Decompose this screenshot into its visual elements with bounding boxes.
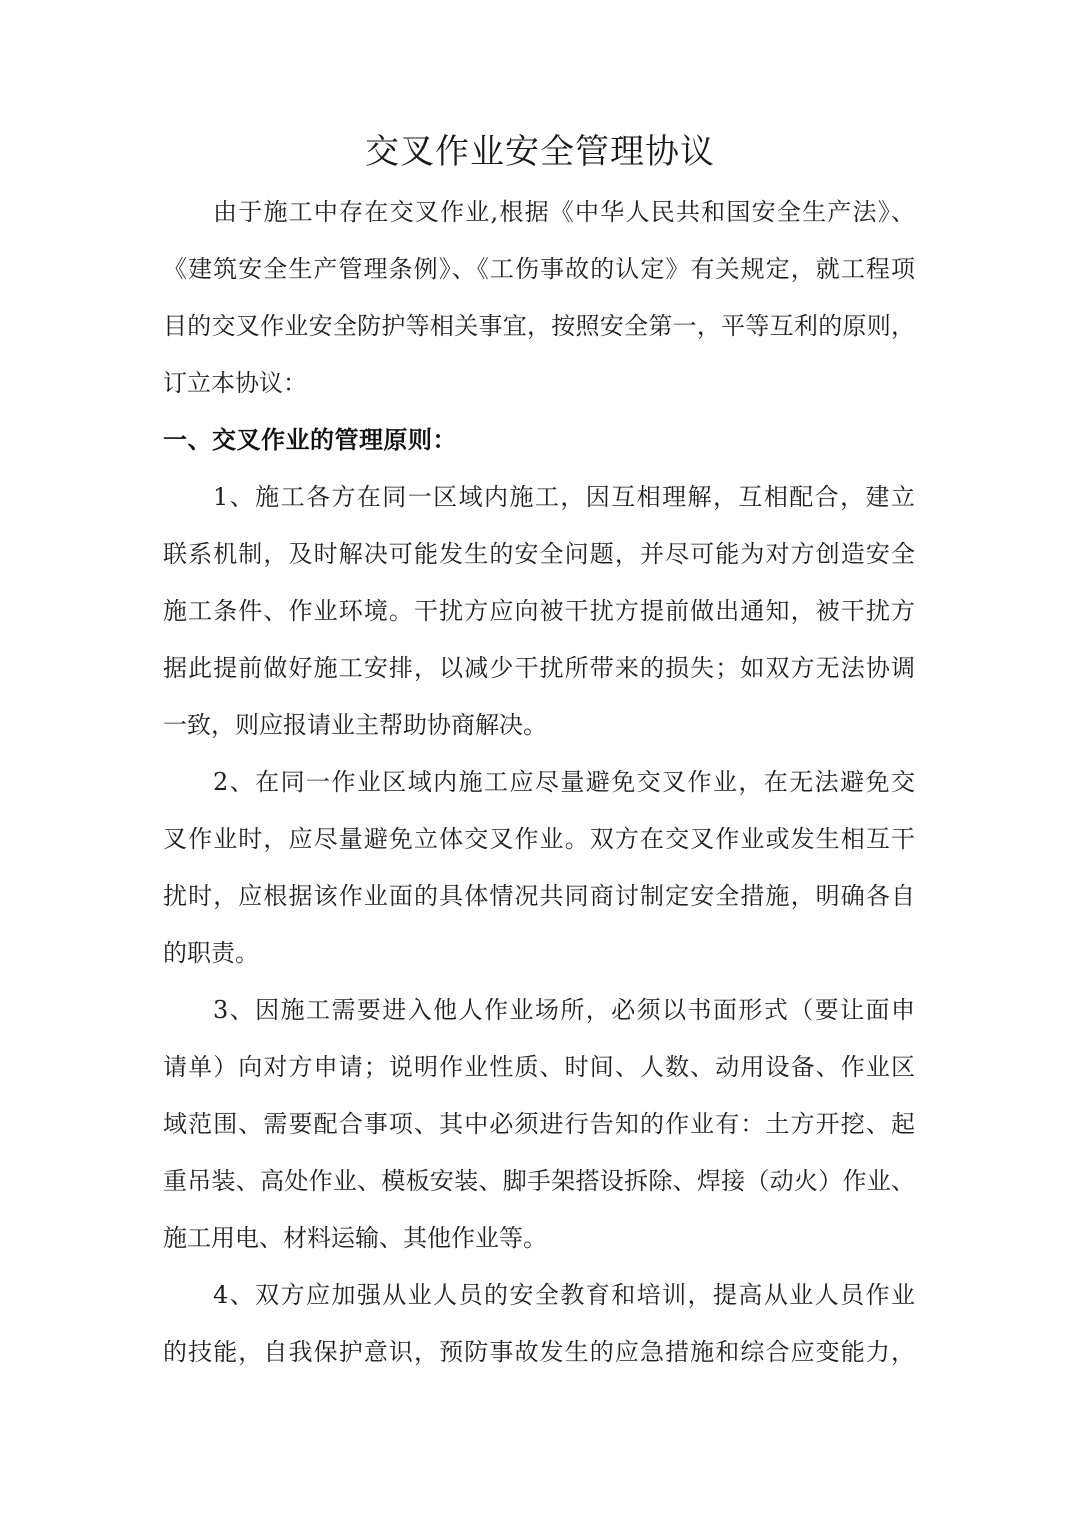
- text-line: 联系机制，及时解决可能发生的安全问题，并尽可能为对方创造安全: [163, 526, 915, 583]
- text-line: 请单）向对方申请；说明作业性质、时间、人数、动用设备、作业区: [163, 1039, 915, 1096]
- text-line: 的职责。: [163, 925, 915, 982]
- text-line: 3、因施工需要进入他人作业场所，必须以书面形式（要让面申: [163, 982, 915, 1039]
- text-line: 扰时，应根据该作业面的具体情况共同商讨制定安全措施，明确各自: [163, 868, 915, 925]
- text-line: 施工条件、作业环境。干扰方应向被干扰方提前做出通知，被干扰方: [163, 583, 915, 640]
- text-line: 2、在同一作业区域内施工应尽量避免交叉作业，在无法避免交: [163, 754, 915, 811]
- text-line: 的技能，自我保护意识，预防事故发生的应急措施和综合应变能力，: [163, 1324, 915, 1381]
- text-line: 订立本协议：: [163, 355, 915, 412]
- document-title: 交叉作业安全管理协议: [0, 130, 1080, 174]
- text-line: 一致，则应报请业主帮助协商解决。: [163, 697, 915, 754]
- document-page: 交叉作业安全管理协议 由于施工中存在交叉作业,根据《中华人民共和国安全生产法》、…: [0, 0, 1080, 1526]
- text-line: 域范围、需要配合事项、其中必须进行告知的作业有：土方开挖、起: [163, 1096, 915, 1153]
- text-line: 重吊装、高处作业、模板安装、脚手架搭设拆除、焊接（动火）作业、: [163, 1153, 915, 1210]
- text-line: 施工用电、材料运输、其他作业等。: [163, 1210, 915, 1267]
- text-line: 4、双方应加强从业人员的安全教育和培训，提高从业人员作业: [163, 1267, 915, 1324]
- section-heading: 一、交叉作业的管理原则：: [163, 412, 915, 469]
- text-line: 由于施工中存在交叉作业,根据《中华人民共和国安全生产法》、: [163, 184, 915, 241]
- document-content: 由于施工中存在交叉作业,根据《中华人民共和国安全生产法》、《建筑安全生产管理条例…: [163, 184, 915, 1381]
- text-line: 《建筑安全生产管理条例》、《工伤事故的认定》有关规定，就工程项: [163, 241, 915, 298]
- text-line: 据此提前做好施工安排，以减少干扰所带来的损失；如双方无法协调: [163, 640, 915, 697]
- text-line: 叉作业时，应尽量避免立体交叉作业。双方在交叉作业或发生相互干: [163, 811, 915, 868]
- text-line: 目的交叉作业安全防护等相关事宜，按照安全第一，平等互利的原则，: [163, 298, 915, 355]
- text-line: 1、施工各方在同一区域内施工，因互相理解，互相配合，建立: [163, 469, 915, 526]
